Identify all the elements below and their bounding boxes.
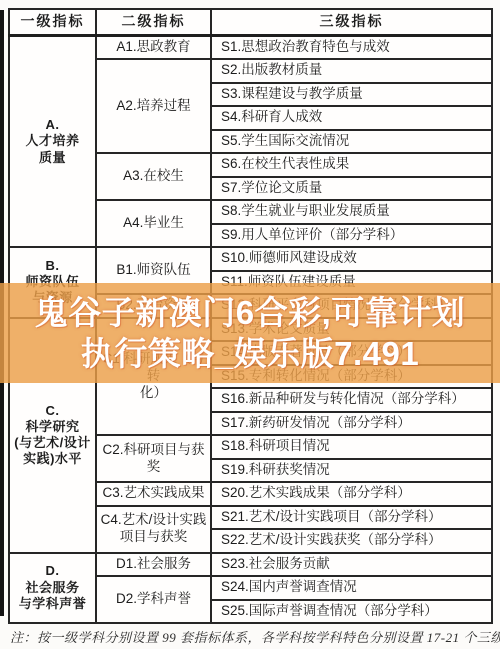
indicator-S20: S20.艺术实践成果（部分学科） (211, 482, 492, 506)
table-row: D. 社会服务 与学科声誉 D1.社会服务 S23.社会服务贡献 (9, 553, 492, 577)
level2-cell-A4: A4.毕业生 (96, 200, 211, 247)
indicator-S16: S16.新品种研发与转化情况（部分学科） (211, 388, 492, 412)
header-level1: 一级指标 (9, 9, 96, 36)
overlay-text-line1: 鬼谷子新澳门6合彩,可靠计划 (35, 294, 466, 332)
level2-cell-C3: C3.艺术实践成果 (96, 482, 211, 506)
level2-cell-A3: A3.在校生 (96, 153, 211, 200)
indicator-S25: S25.国际声誉调查情况（部分学科） (211, 600, 492, 624)
level2-cell-A2: A2.培养过程 (96, 59, 211, 153)
level1-cell-A: A. 人才培养 质量 (9, 36, 96, 248)
indicator-S3: S3.课程建设与教学质量 (211, 83, 492, 107)
table-footnote: 注：按一级学科分别设置 99 套指标体系，各学科按学科特色分别设置 17-21 … (10, 627, 496, 646)
overlay-text-line2: 执行策略_娱乐版7.491 (81, 335, 419, 373)
indicator-S19: S19.科研获奖情况 (211, 459, 492, 483)
table-row: A. 人才培养 质量 A1.思政教育 S1.思想政治教育特色与成效 (9, 36, 492, 60)
level2-cell-D1: D1.社会服务 (96, 553, 211, 577)
header-level2: 二级指标 (96, 9, 211, 36)
indicator-S23: S23.社会服务贡献 (211, 553, 492, 577)
indicator-S17: S17.新药研发情况（部分学科） (211, 412, 492, 436)
level2-cell-C2: C2.科研项目与获奖 (96, 435, 211, 482)
indicator-S9: S9.用人单位评价（部分学科） (211, 224, 492, 248)
indicator-S24: S24.国内声誉调查情况 (211, 576, 492, 600)
table-header-row: 一级指标 二级指标 三级指标 (9, 9, 492, 36)
indicator-S1: S1.思想政治教育特色与成效 (211, 36, 492, 60)
indicator-S6: S6.在校生代表性成果 (211, 153, 492, 177)
spam-overlay-banner[interactable]: 鬼谷子新澳门6合彩,可靠计划 执行策略_娱乐版7.491 (0, 283, 500, 383)
indicator-S7: S7.学位论文质量 (211, 177, 492, 201)
indicator-S2: S2.出版教材质量 (211, 59, 492, 83)
level2-cell-C4: C4.艺术/设计实践 项目与获奖 (96, 506, 211, 553)
indicator-S21: S21.艺术/设计实践项目（部分学科） (211, 506, 492, 530)
indicator-S4: S4.科研育人成效 (211, 106, 492, 130)
level2-cell-D2: D2.学科声誉 (96, 576, 211, 623)
indicator-S8: S8.学生就业与职业发展质量 (211, 200, 492, 224)
header-level3: 三级指标 (211, 9, 492, 36)
indicator-S18: S18.科研项目情况 (211, 435, 492, 459)
indicator-S22: S22.艺术/设计实践获奖（部分学科） (211, 529, 492, 553)
indicator-S10: S10.师德师风建设成效 (211, 247, 492, 271)
level2-cell-A1: A1.思政教育 (96, 36, 211, 60)
indicator-S5: S5.学生国际交流情况 (211, 130, 492, 154)
table-row: B. 师资队伍 与资源 B1.师资队伍 S10.师德师风建设成效 (9, 247, 492, 271)
level1-cell-D: D. 社会服务 与学科声誉 (9, 553, 96, 624)
